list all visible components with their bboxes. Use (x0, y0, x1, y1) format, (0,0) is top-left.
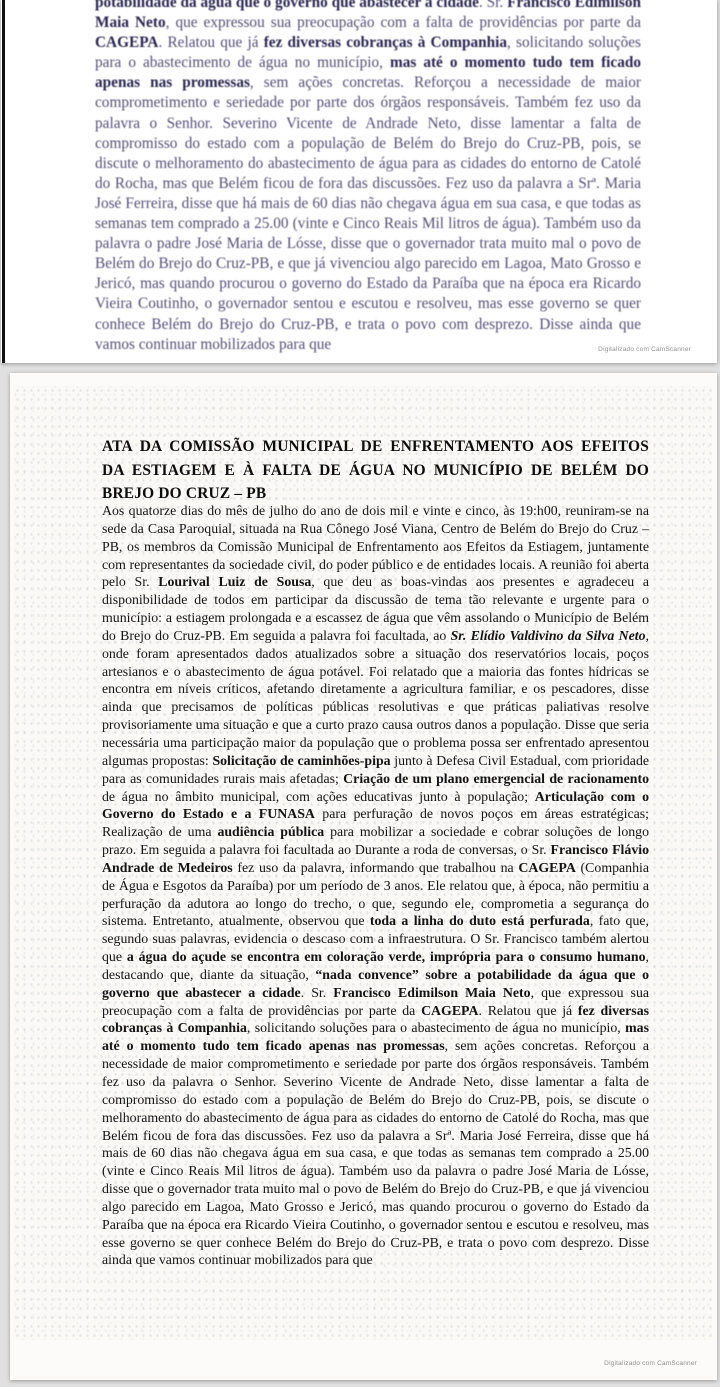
camscanner-watermark: Digitalizado com CamScanner (604, 1360, 697, 1367)
document-viewer[interactable]: potabilidade da água que o governo que a… (0, 0, 720, 1387)
document-title: ATA DA COMISSÃO MUNICIPAL DE ENFRENTAMEN… (102, 435, 649, 506)
camscanner-watermark: Digitalizado com CamScanner (598, 346, 691, 353)
scanned-page-current: ATA DA COMISSÃO MUNICIPAL DE ENFRENTAMEN… (10, 373, 717, 1380)
previous-page-text: potabilidade da água que o governo que a… (95, 0, 641, 355)
scan-edge-line (2, 0, 5, 363)
document-body-text: Aos quatorze dias do mês de julho do ano… (102, 502, 649, 1269)
scanned-page-previous: potabilidade da água que o governo que a… (1, 0, 717, 363)
